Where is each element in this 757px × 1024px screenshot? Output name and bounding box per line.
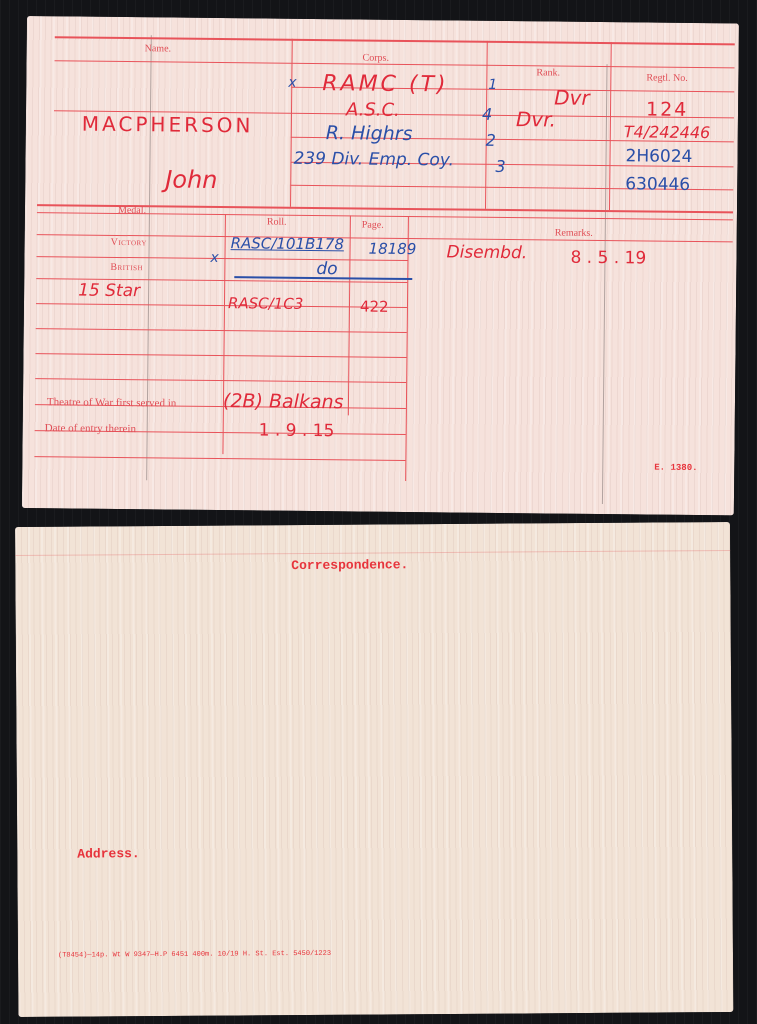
printer-line: (T8454)—14p. Wt W 9347—H.P 6451 400m. 10… bbox=[58, 950, 331, 960]
col-divider-medal-roll bbox=[222, 214, 226, 454]
col-divider-roll-page bbox=[348, 215, 351, 415]
date-entry-label: Date of entry therein bbox=[45, 422, 136, 435]
order-1: 1 bbox=[488, 77, 497, 93]
forename: John bbox=[165, 165, 217, 194]
faint-rule bbox=[15, 550, 730, 556]
roll-marker: x bbox=[210, 250, 218, 266]
regtl-no-row-1: 124 bbox=[646, 98, 688, 120]
medal-index-card-front: Name. Corps. Rank. Regtl. No. Medal. Rol… bbox=[22, 16, 739, 515]
page-victory: 18189 bbox=[368, 240, 416, 258]
form-code: E. 1380. bbox=[654, 463, 697, 473]
regtl-no-row-3: 2H6024 bbox=[625, 146, 692, 167]
name-header: Name. bbox=[145, 43, 172, 54]
date-entry-value: 1 . 9 . 15 bbox=[259, 420, 335, 441]
remarks-header: Remarks. bbox=[555, 228, 593, 239]
order-3: 2 bbox=[486, 131, 496, 150]
roll-15-star: RASC/1C3 bbox=[228, 294, 303, 313]
rank-header: Rank. bbox=[536, 67, 560, 78]
roll-victory: RASC/101B178 bbox=[231, 234, 344, 253]
col-divider-rank-regtl bbox=[609, 42, 612, 210]
theatre-value: (2B) Balkans bbox=[223, 390, 344, 413]
regtl-no-row-4: 630446 bbox=[625, 174, 690, 195]
roll-header: Roll. bbox=[267, 217, 287, 228]
row-rule bbox=[36, 328, 407, 333]
corps-row-3: R. Highrs bbox=[326, 122, 413, 145]
medal-15-star-label: 15 Star bbox=[78, 281, 140, 302]
remarks-date: 8 . 5 . 19 bbox=[570, 248, 646, 269]
regtl-no-row-2: T4/242446 bbox=[624, 122, 711, 142]
roll-british-ditto: do bbox=[316, 259, 337, 279]
medal-british-label: British bbox=[110, 262, 143, 273]
corps-header: Corps. bbox=[363, 53, 390, 64]
surname: MACPHERSON bbox=[82, 112, 254, 138]
row-rule bbox=[34, 456, 405, 461]
page-15-star: 422 bbox=[360, 298, 389, 316]
remarks-text: Disembd. bbox=[446, 242, 527, 263]
theatre-label: Theatre of War first served in bbox=[47, 396, 176, 409]
header-rule bbox=[55, 60, 735, 68]
order-4: 3 bbox=[495, 157, 505, 176]
address-label: Address. bbox=[77, 846, 140, 861]
row-rule bbox=[36, 303, 407, 308]
row-rule bbox=[35, 353, 406, 358]
regtl-no-header: Regtl. No. bbox=[646, 72, 688, 83]
medal-index-card-back: Correspondence. Address. (T8454)—14p. Wt… bbox=[15, 522, 733, 1017]
row-rule bbox=[36, 256, 407, 261]
row-rule bbox=[35, 378, 406, 383]
medal-header: Medal. bbox=[118, 205, 146, 216]
corps-marker: x bbox=[288, 75, 296, 91]
corps-row-4: 239 Div. Emp. Coy. bbox=[293, 149, 454, 171]
medal-victory-label: Victory bbox=[111, 237, 147, 248]
col-divider-name-corps bbox=[290, 39, 293, 207]
page-header: Page. bbox=[362, 220, 384, 231]
rank-row-2: Dvr. bbox=[516, 107, 556, 131]
column-guide bbox=[602, 64, 608, 504]
order-2: 4 bbox=[482, 105, 492, 124]
rank-row-1: Dvr bbox=[554, 86, 590, 110]
corps-row-2: A.S.C. bbox=[346, 99, 400, 121]
col-divider-corps-rank bbox=[485, 41, 488, 209]
correspondence-heading: Correspondence. bbox=[291, 557, 408, 573]
corps-row-1: RAMC (T) bbox=[322, 71, 449, 97]
